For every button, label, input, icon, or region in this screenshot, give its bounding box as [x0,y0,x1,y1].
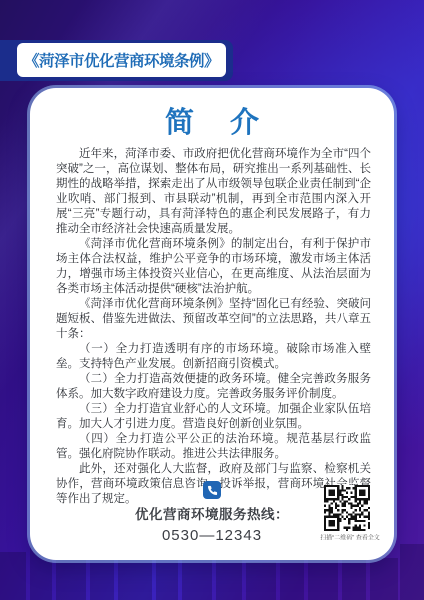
intro-paragraphs: 近年来，菏泽市委、市政府把优化营商环境作为全市“四个突破”之一，高位谋划、整体布… [30,145,394,507]
paragraph: （四）全力打造公平公正的法治环境。规范基层行政监管。强化府院协作联动。推进公共法… [56,432,371,462]
intro-card: 简 介 近年来，菏泽市委、市政府把优化营商环境作为全市“四个突破”之一，高位谋划… [30,88,394,560]
qr-caption: 扫描“二维码” 查看全文 [320,533,373,541]
regulation-badge: 《菏泽市优化营商环境条例》 [17,43,226,77]
poster-background: 《菏泽市优化营商环境条例》 简 介 近年来，菏泽市委、市政府把优化营商环境作为全… [0,0,424,600]
paragraph: 《菏泽市优化营商环境条例》的制定出台，有利于保护市场主体合法权益，维护公平竞争的… [56,237,371,297]
paragraph: 《菏泽市优化营商环境条例》坚持“固化已有经验、突破问题短板、借鉴先进做法、预留改… [56,297,371,342]
card-title: 简 介 [30,100,394,141]
badge-label: 《菏泽市优化营商环境条例》 [24,49,219,71]
qr-box: 扫描“二维码” 查看全文 [318,485,376,542]
qr-code [324,485,370,531]
paragraph: 近年来，菏泽市委、市政府把优化营商环境作为全市“四个突破”之一，高位谋划、整体布… [56,147,371,237]
paragraph: （三）全力打造宜业舒心的人文环境。加强企业家队伍培育。加大人才引进力度。营造良好… [56,402,371,432]
phone-icon [203,481,221,499]
paragraph: （二）全力打造高效便捷的政务环境。健全完善政务服务体系。加大数字政府建设力度。完… [56,372,371,402]
paragraph: （一）全力打造透明有序的市场环境。破除市场准入壁垒。支持特色产业发展。创新招商引… [56,342,371,372]
